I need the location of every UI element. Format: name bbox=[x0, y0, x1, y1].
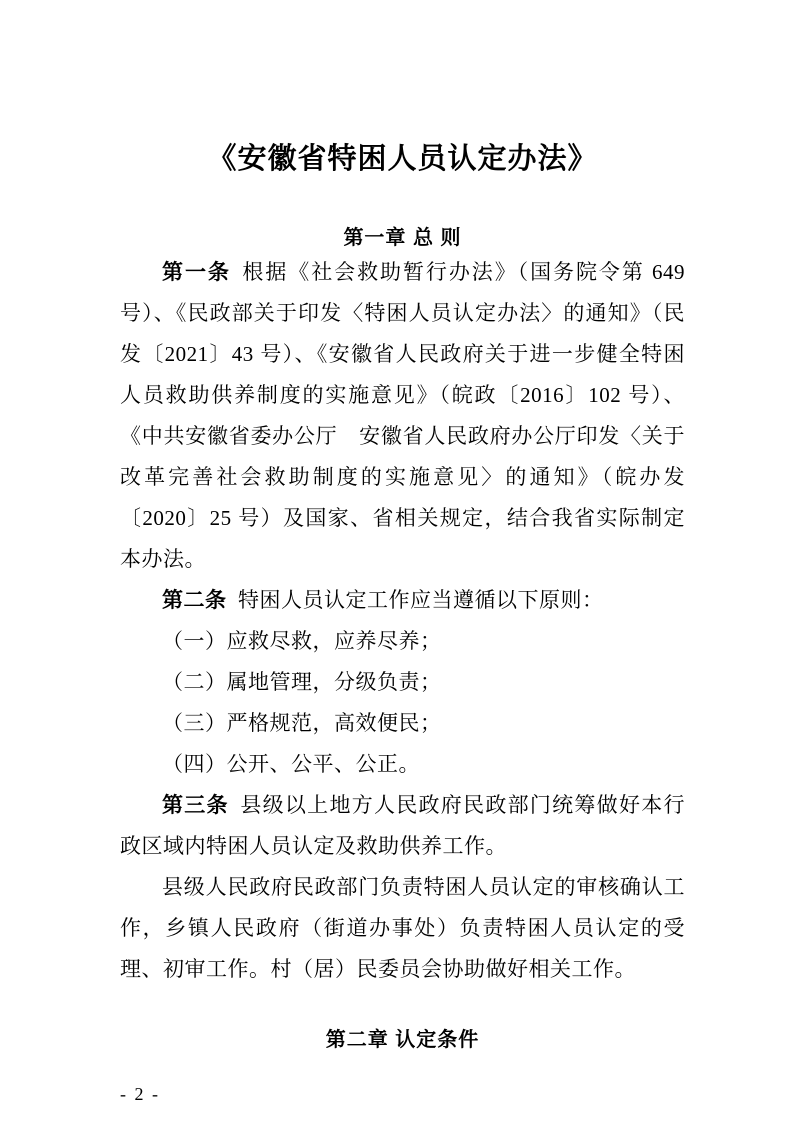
article-3-paragraph-2: 县级人民政府民政部门负责特困人员认定的审核确认工作，乡镇人民政府（街道办事处）负… bbox=[120, 867, 685, 990]
principle-item-4: （四）公开、公平、公正。 bbox=[120, 744, 685, 785]
article-1-number: 第一条 bbox=[162, 260, 231, 284]
page-number: - 2 - bbox=[120, 1084, 685, 1104]
article-1-paragraph: 第一条根据《社会救助暂行办法》（国务院令第 649 号）、《民政部关于印发〈特困… bbox=[120, 252, 685, 580]
principle-item-2: （二）属地管理，分级负责； bbox=[120, 662, 685, 703]
article-1-text: 根据《社会救助暂行办法》（国务院令第 649 号）、《民政部关于印发〈特困人员认… bbox=[120, 260, 685, 571]
article-3-paragraph: 第三条县级以上地方人民政府民政部门统筹做好本行政区域内特困人员认定及救助供养工作… bbox=[120, 785, 685, 867]
article-2-number: 第二条 bbox=[162, 588, 227, 612]
document-title: 《安徽省特困人员认定办法》 bbox=[120, 142, 685, 176]
principle-item-1: （一）应救尽救，应养尽养； bbox=[120, 621, 685, 662]
article-3-number: 第三条 bbox=[162, 793, 229, 817]
principle-item-3: （三）严格规范，高效便民； bbox=[120, 703, 685, 744]
article-2-text: 特困人员认定工作应当遵循以下原则： bbox=[238, 588, 604, 612]
document-body: 第一条根据《社会救助暂行办法》（国务院令第 649 号）、《民政部关于印发〈特困… bbox=[120, 252, 685, 990]
document-page: 《安徽省特困人员认定办法》 第一章 总 则 第一条根据《社会救助暂行办法》（国务… bbox=[0, 0, 793, 1122]
chapter-1-heading: 第一章 总 则 bbox=[120, 226, 685, 250]
chapter-2-heading: 第二章 认定条件 bbox=[120, 1028, 685, 1052]
article-2-paragraph: 第二条特困人员认定工作应当遵循以下原则： bbox=[120, 580, 685, 621]
